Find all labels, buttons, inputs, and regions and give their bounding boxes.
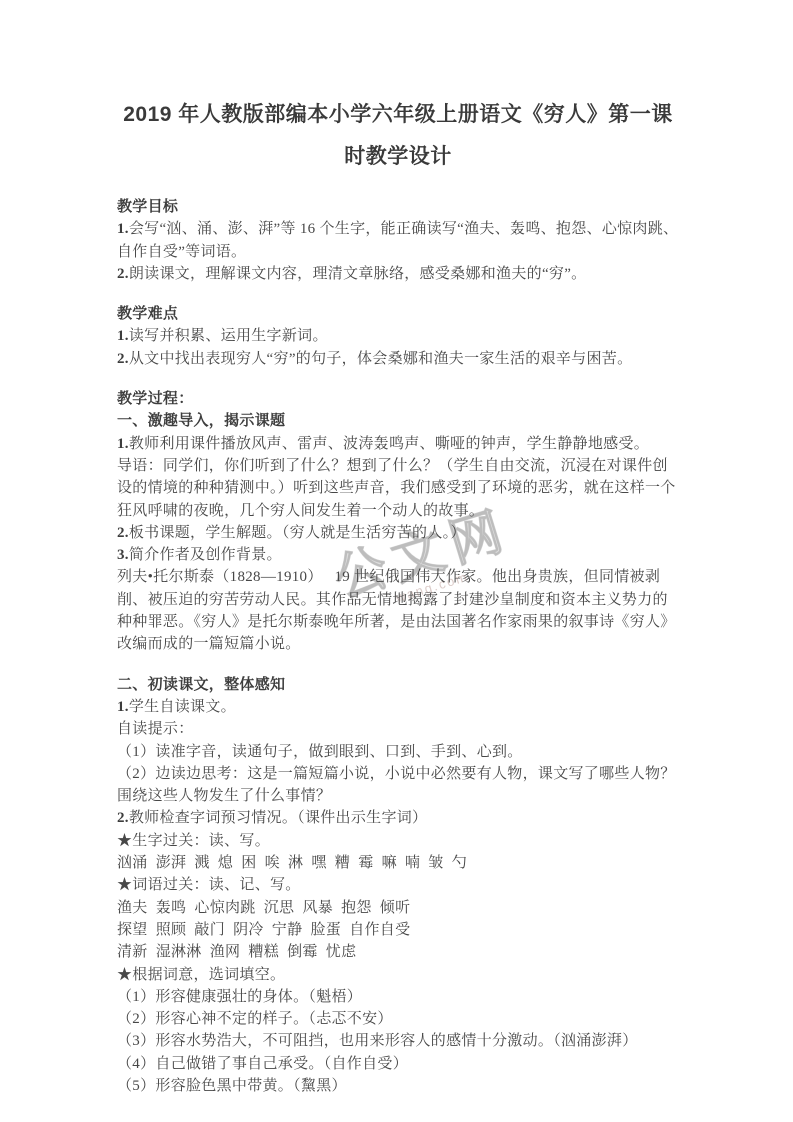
paragraph-line: （1）形容健康强壮的身体。（魁梧） bbox=[117, 986, 679, 1008]
paragraph-spacer bbox=[117, 370, 679, 388]
list-number: 1. bbox=[117, 699, 129, 715]
section-heading: 教学过程： bbox=[117, 388, 679, 410]
paragraph-line: 2.教师检查字词预习情况。（课件出示生字词） bbox=[117, 807, 679, 829]
section-heading: 一、激趣导入，揭示课题 bbox=[117, 410, 679, 432]
section-heading: 二、初读课文，整体感知 bbox=[117, 674, 679, 696]
paragraph-line: 3.简介作者及创作背景。 bbox=[117, 544, 679, 566]
section-heading: 教学目标 bbox=[117, 196, 679, 218]
list-number: 1. bbox=[117, 436, 129, 452]
paragraph-line: 2.板书课题，学生解题。（穷人就是生活穷苦的人。） bbox=[117, 522, 679, 544]
document-page: 公文网 wang.com 2019 年人教版部编本小学六年级上册语文《穷人》第一… bbox=[0, 0, 793, 1122]
paragraph-line: （2）形容心神不定的样子。（忐忑不安） bbox=[117, 1008, 679, 1030]
paragraph-line: 渔夫 轰鸣 心惊肉跳 沉思 风暴 抱怨 倾听 bbox=[117, 897, 679, 919]
paragraph-line: （3）形容水势浩大，不可阻挡，也用来形容人的感情十分激动。（汹涌澎湃） bbox=[117, 1030, 679, 1052]
document-content: 2019 年人教版部编本小学六年级上册语文《穷人》第一课时教学设计 教学目标1.… bbox=[117, 94, 679, 1097]
paragraph-spacer bbox=[117, 285, 679, 303]
paragraph-line: 清新 湿淋淋 渔网 糟糕 倒霉 忧虑 bbox=[117, 941, 679, 963]
paragraph-line: 1.教师利用课件播放风声、雷声、波涛轰鸣声、嘶哑的钟声，学生静静地感受。 bbox=[117, 433, 679, 455]
paragraph-line: 2.朗读课文，理解课文内容，理清文章脉络，感受桑娜和渔夫的“穷”。 bbox=[117, 263, 679, 285]
paragraph-line: 1.学生自读课文。 bbox=[117, 696, 679, 718]
list-number: 2. bbox=[117, 266, 129, 282]
list-number: 2. bbox=[117, 810, 129, 826]
paragraph-line: 1.读写并积累、运用生字新词。 bbox=[117, 325, 679, 347]
paragraph-line: 列夫•托尔斯泰（1828—1910） 19 世纪俄国伟大作家。他出身贵族，但同情… bbox=[117, 566, 679, 655]
list-number: 3. bbox=[117, 547, 129, 563]
paragraph-line: （4）自己做错了事自己承受。（自作自受） bbox=[117, 1053, 679, 1075]
paragraph-line: 自读提示： bbox=[117, 718, 679, 740]
paragraph-spacer bbox=[117, 656, 679, 674]
paragraph-line: 探望 照顾 敲门 阴冷 宁静 脸蛋 自作自受 bbox=[117, 919, 679, 941]
list-number: 1. bbox=[117, 328, 129, 344]
document-title: 2019 年人教版部编本小学六年级上册语文《穷人》第一课时教学设计 bbox=[117, 94, 679, 178]
paragraph-line: 2.从文中找出表现穷人“穷”的句子，体会桑娜和渔夫一家生活的艰辛与困苦。 bbox=[117, 348, 679, 370]
paragraph-line: 汹涌 澎湃 溅 熄 困 唉 淋 嘿 糟 霉 嘛 喃 皱 勺 bbox=[117, 852, 679, 874]
paragraph-line: （5）形容脸色黑中带黄。（黧黑） bbox=[117, 1075, 679, 1097]
paragraph-line: ★词语过关：读、记、写。 bbox=[117, 874, 679, 896]
section-heading: 教学难点 bbox=[117, 303, 679, 325]
paragraph-line: ★生字过关：读、写。 bbox=[117, 830, 679, 852]
list-number: 2. bbox=[117, 351, 129, 367]
document-body: 教学目标1.会写“汹、涌、澎、湃”等 16 个生字，能正确读写“渔夫、轰鸣、抱怨… bbox=[117, 196, 679, 1097]
paragraph-line: （1）读准字音，读通句子，做到眼到、口到、手到、心到。 bbox=[117, 741, 679, 763]
paragraph-line: 导语：同学们，你们听到了什么？想到了什么？（学生自由交流，沉浸在对课件创设的情境… bbox=[117, 455, 679, 522]
list-number: 1. bbox=[117, 221, 129, 237]
list-number: 2. bbox=[117, 525, 129, 541]
paragraph-line: 1.会写“汹、涌、澎、湃”等 16 个生字，能正确读写“渔夫、轰鸣、抱怨、心惊肉… bbox=[117, 218, 679, 263]
paragraph-line: ★根据词意，选词填空。 bbox=[117, 964, 679, 986]
paragraph-line: （2）边读边思考：这是一篇短篇小说，小说中必然要有人物，课文写了哪些人物？围绕这… bbox=[117, 763, 679, 808]
